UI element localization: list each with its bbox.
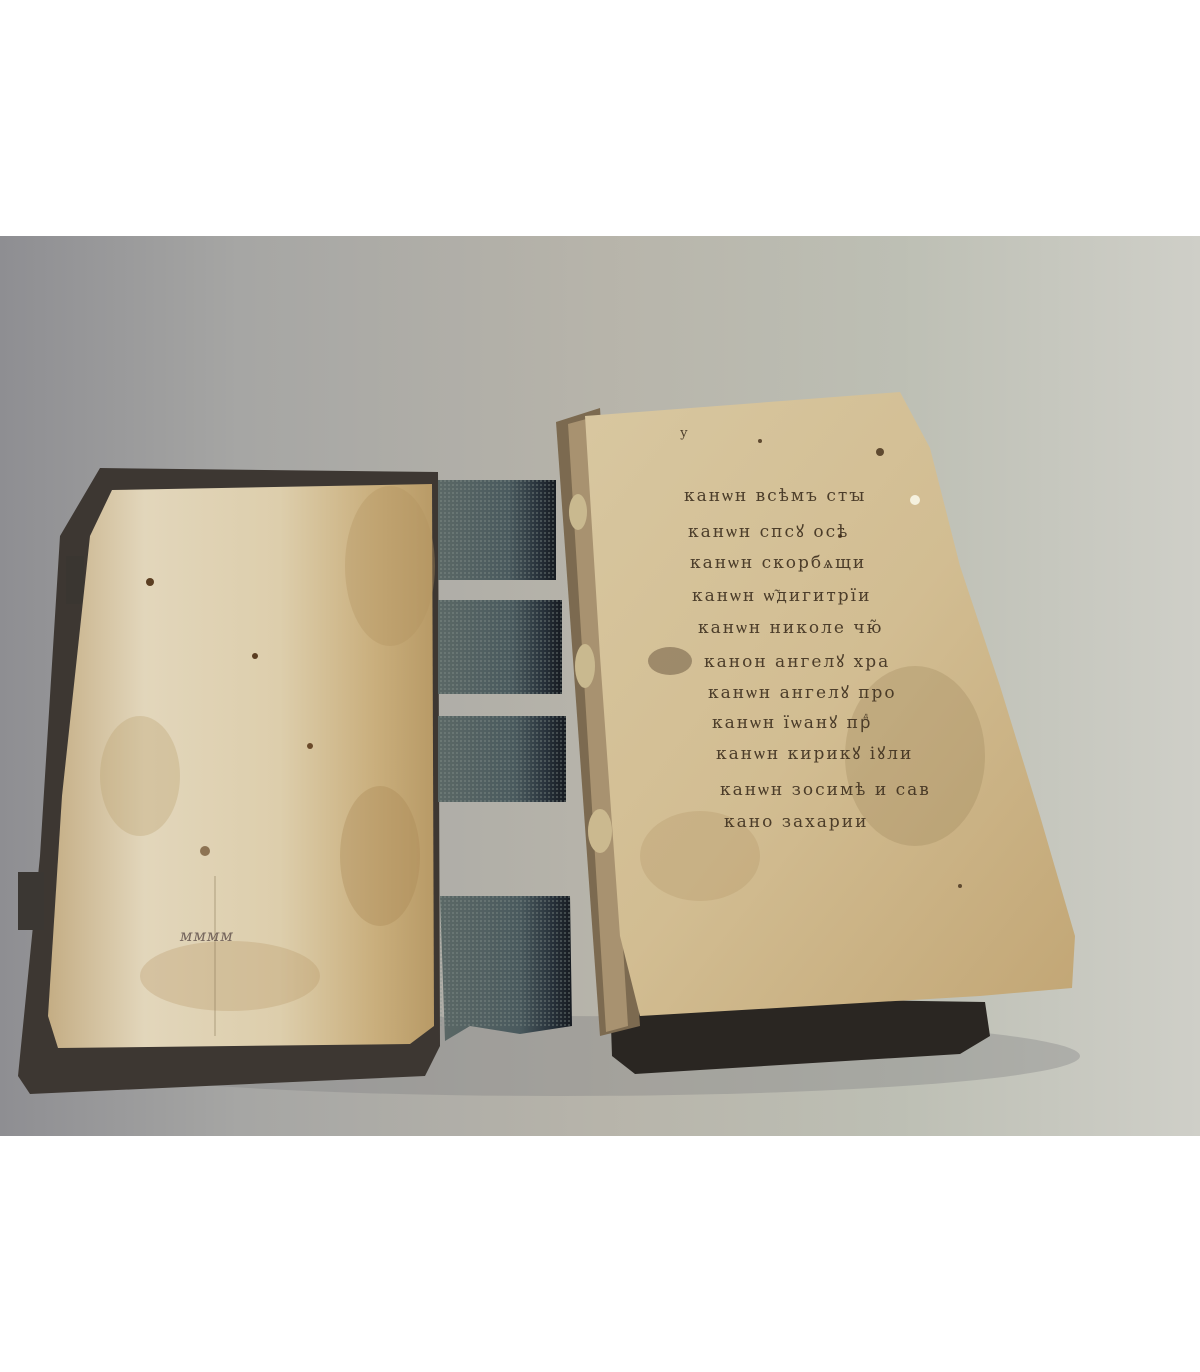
manuscript-photo: у канѡн всѣмъ стꙑ канѡн спсꙋ осѣ канѡн с… [0, 236, 1200, 1136]
right-text-block [556, 392, 1075, 1074]
spine-cloth-strips [438, 480, 572, 1041]
left-cover-board [18, 468, 440, 1094]
book-illustration [0, 236, 1200, 1136]
